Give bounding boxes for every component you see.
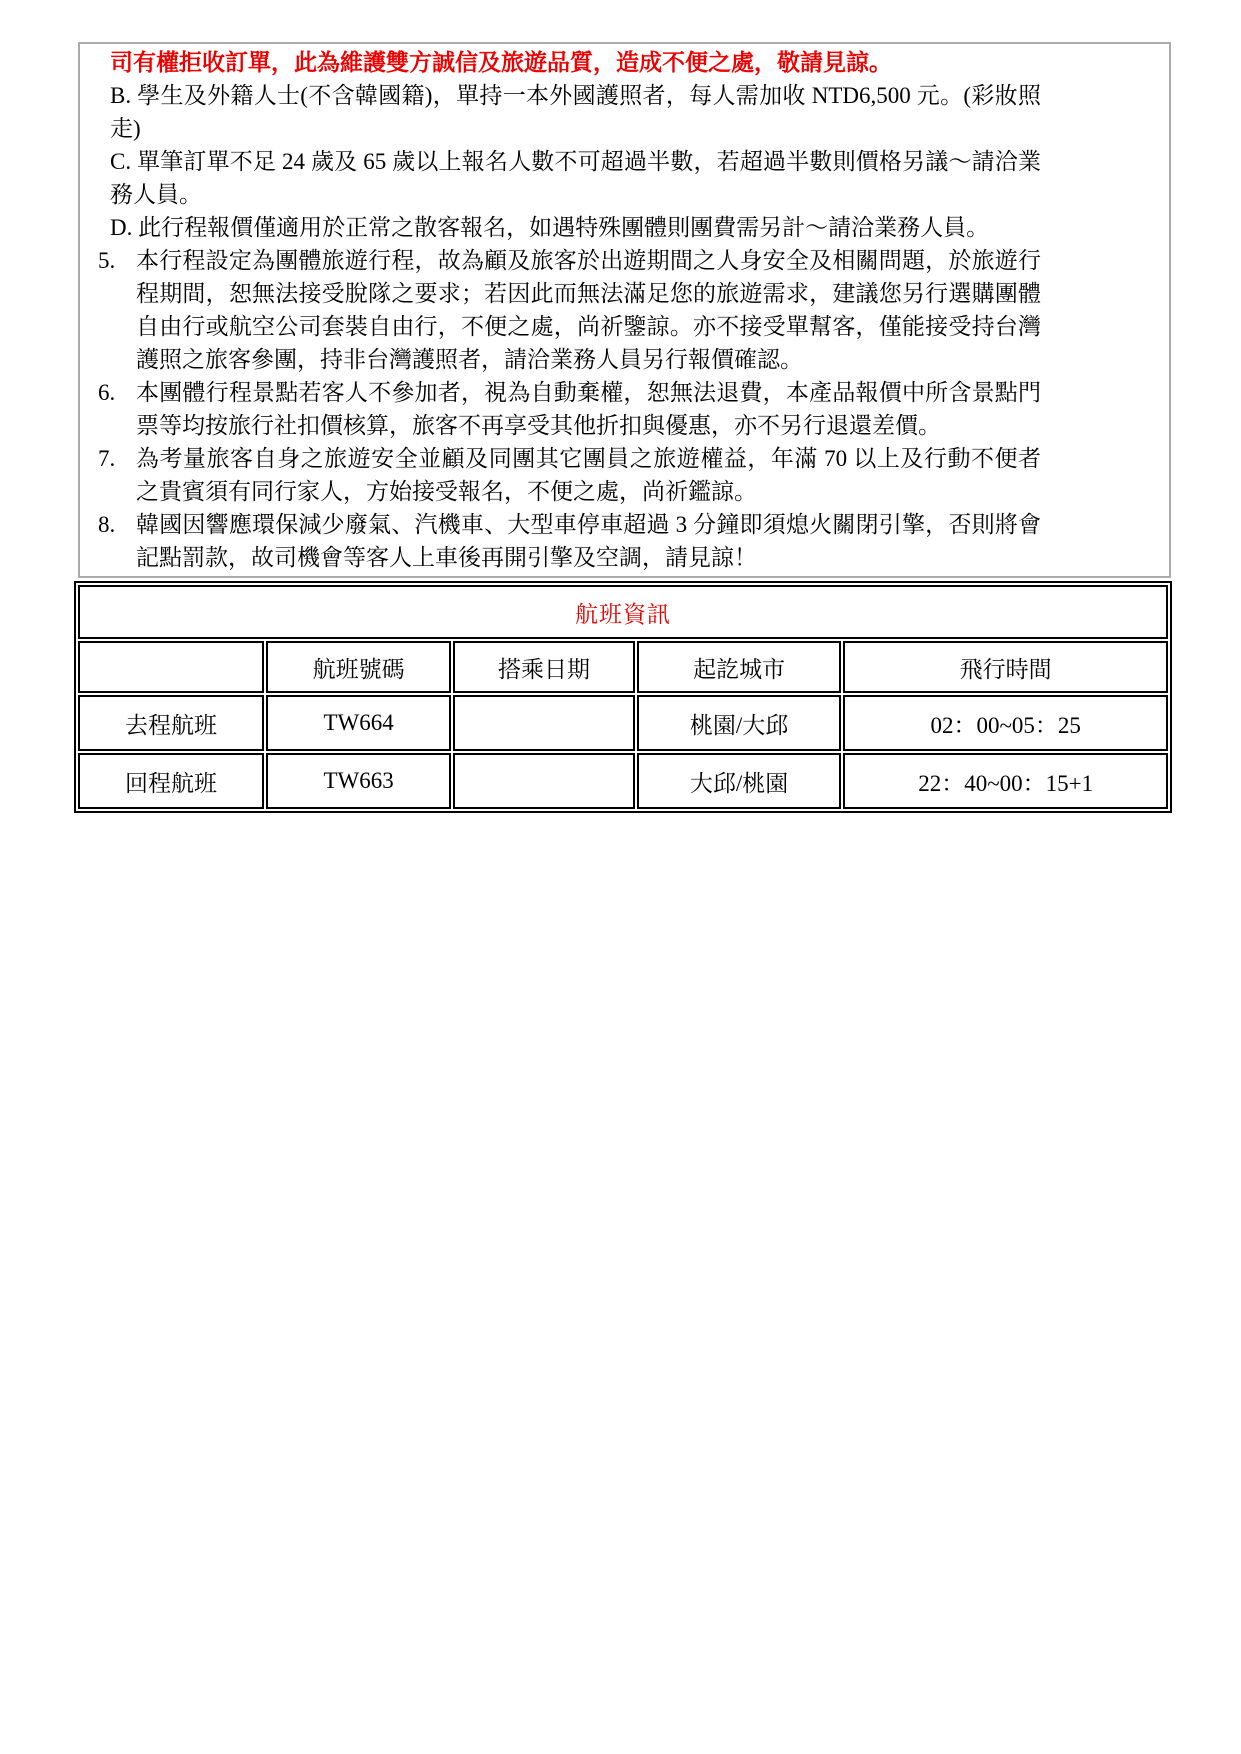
terms-subitem-b-text: 學生及外籍人士(不含韓國籍)，單持一本外國護照者，每人需加收 NTD6,500 … xyxy=(110,83,1041,141)
flight-header-route-cities: 起訖城市 xyxy=(637,641,841,693)
terms-item-7: 7. 為考量旅客自身之旅遊安全並顧及同團其它團員之旅遊權益，年滿 70 以上及行… xyxy=(98,442,1041,508)
return-route: 大邱/桃園 xyxy=(637,753,841,809)
terms-item-7-number: 7. xyxy=(98,442,136,508)
document-page: 司有權拒收訂單，此為維護雙方誠信及旅遊品質，造成不便之處，敬請見諒。 B. 學生… xyxy=(0,0,1241,1754)
terms-item-5: 5. 本行程設定為團體旅遊行程，故為顧及旅客於出遊期間之人身安全及相關問題，於旅… xyxy=(98,244,1041,376)
flight-row-outbound: 去程航班 TW664 桃園/大邱 02：00~05：25 xyxy=(78,695,1168,751)
terms-red-note: 司有權拒收訂單，此為維護雙方誠信及旅遊品質，造成不便之處，敬請見諒。 xyxy=(110,46,1041,79)
terms-item-6-number: 6. xyxy=(98,376,136,442)
terms-subitem-d: D. 此行程報價僅適用於正常之散客報名，如遇特殊團體則團費需另計～請洽業務人員。 xyxy=(110,211,1041,244)
return-label: 回程航班 xyxy=(78,753,264,809)
outbound-flight-number: TW664 xyxy=(266,695,451,751)
terms-item-8: 8. 韓國因響應環保減少廢氣、汽機車、大型車停車超過 3 分鐘即須熄火關閉引擎，… xyxy=(98,508,1041,574)
flight-info-table: 航班資訊 航班號碼 搭乘日期 起訖城市 飛行時間 去程航班 TW664 桃園/大… xyxy=(74,581,1172,813)
terms-subitem-c-label: C. xyxy=(110,149,131,174)
flight-table-title-row: 航班資訊 xyxy=(78,585,1168,639)
outbound-date xyxy=(453,695,635,751)
outbound-route: 桃園/大邱 xyxy=(637,695,841,751)
outbound-label: 去程航班 xyxy=(78,695,264,751)
terms-item-8-number: 8. xyxy=(98,508,136,574)
terms-subitem-c: C. 單筆訂單不足 24 歲及 65 歲以上報名人數不可超過半數，若超過半數則價… xyxy=(110,145,1041,211)
return-time: 22：40~00：15+1 xyxy=(843,753,1168,809)
outbound-time: 02：00~05：25 xyxy=(843,695,1168,751)
terms-item-7-text: 為考量旅客自身之旅遊安全並顧及同團其它團員之旅遊權益，年滿 70 以上及行動不便… xyxy=(136,442,1041,508)
terms-section: 司有權拒收訂單，此為維護雙方誠信及旅遊品質，造成不便之處，敬請見諒。 B. 學生… xyxy=(78,42,1171,578)
terms-item-5-number: 5. xyxy=(98,244,136,376)
terms-subitem-b: B. 學生及外籍人士(不含韓國籍)，單持一本外國護照者，每人需加收 NTD6,5… xyxy=(110,79,1041,145)
terms-subitem-b-label: B. xyxy=(110,83,131,108)
flight-row-return: 回程航班 TW663 大邱/桃園 22：40~00：15+1 xyxy=(78,753,1168,809)
flight-header-blank xyxy=(78,641,264,693)
terms-subitem-c-text: 單筆訂單不足 24 歲及 65 歲以上報名人數不可超過半數，若超過半數則價格另議… xyxy=(110,149,1041,207)
terms-subitem-d-label: D. xyxy=(110,215,132,240)
terms-item-6: 6. 本團體行程景點若客人不參加者，視為自動棄權，恕無法退費，本產品報價中所含景… xyxy=(98,376,1041,442)
return-date xyxy=(453,753,635,809)
terms-item-6-text: 本團體行程景點若客人不參加者，視為自動棄權，恕無法退費，本產品報價中所含景點門票… xyxy=(136,376,1041,442)
flight-table-header-row: 航班號碼 搭乘日期 起訖城市 飛行時間 xyxy=(78,641,1168,693)
terms-subitem-d-text: 此行程報價僅適用於正常之散客報名，如遇特殊團體則團費需另計～請洽業務人員。 xyxy=(138,215,989,240)
flight-table-title: 航班資訊 xyxy=(78,585,1168,639)
terms-item-8-text: 韓國因響應環保減少廢氣、汽機車、大型車停車超過 3 分鐘即須熄火關閉引擎，否則將… xyxy=(136,508,1041,574)
flight-header-flight-time: 飛行時間 xyxy=(843,641,1168,693)
return-flight-number: TW663 xyxy=(266,753,451,809)
flight-info-section: 航班資訊 航班號碼 搭乘日期 起訖城市 飛行時間 去程航班 TW664 桃園/大… xyxy=(74,581,1172,813)
flight-header-flight-number: 航班號碼 xyxy=(266,641,451,693)
terms-item-5-text: 本行程設定為團體旅遊行程，故為顧及旅客於出遊期間之人身安全及相關問題，於旅遊行程… xyxy=(136,244,1041,376)
flight-header-boarding-date: 搭乘日期 xyxy=(453,641,635,693)
